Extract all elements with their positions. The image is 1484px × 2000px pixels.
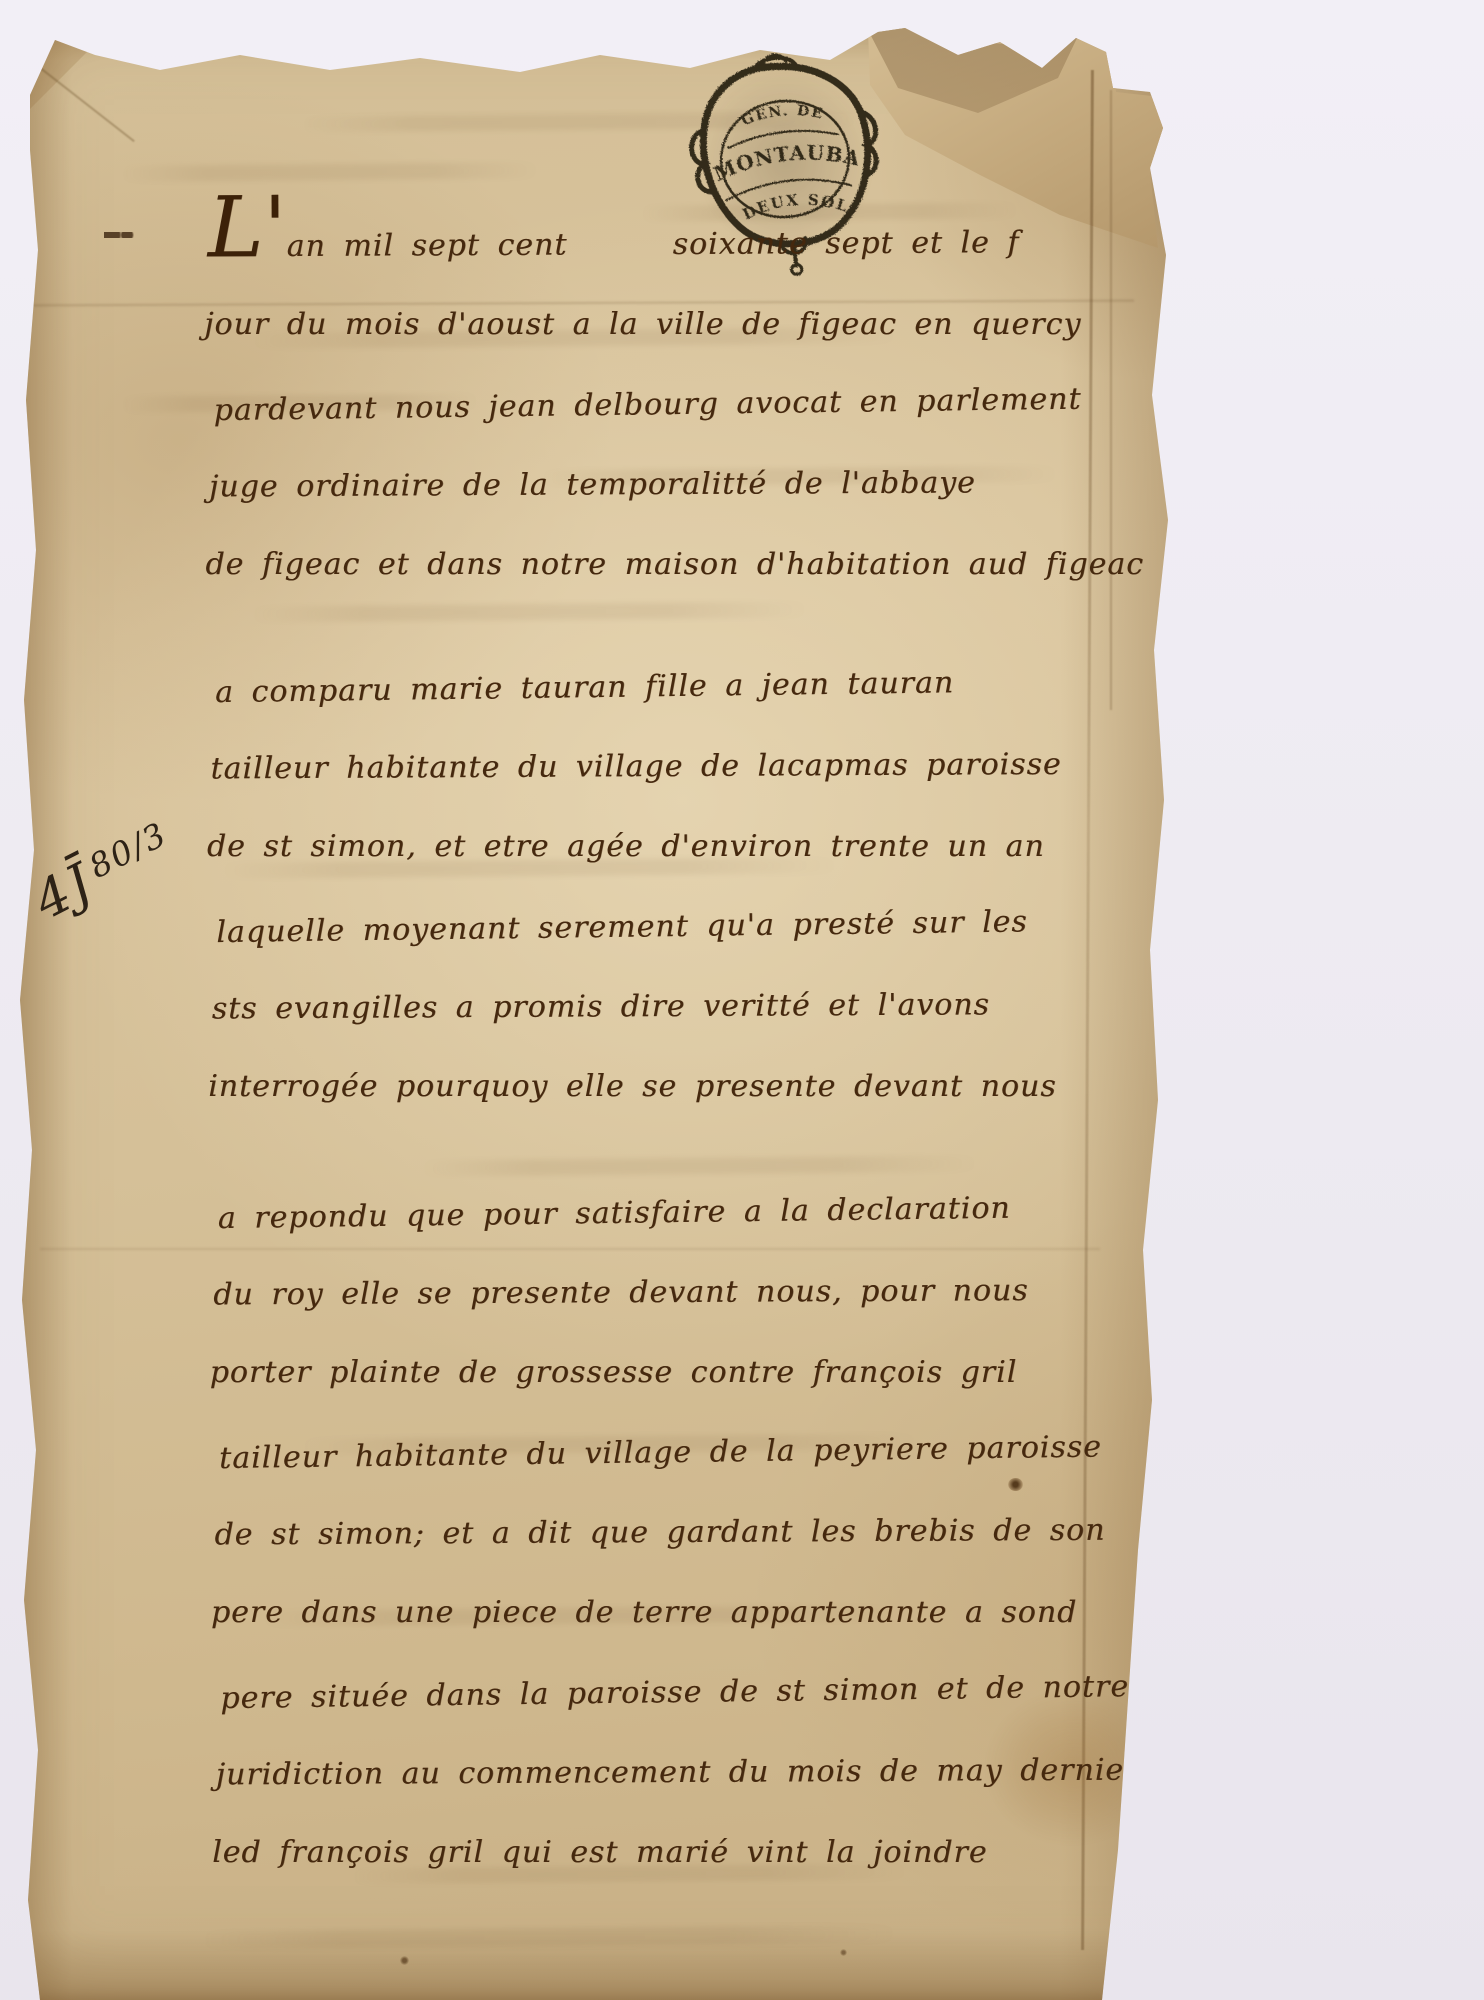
manuscript-line-17: pere dans une piece de terre appartenant…	[211, 1573, 1151, 1653]
manuscript-line-1: L'an mil sept cent soixante sept et le f	[208, 203, 1148, 288]
manuscript-line-19: juridiction au commencement du mois de m…	[216, 1731, 1156, 1816]
scan-background: GEN. DE MONTAUBAN DEUX SOLS 4J̄80/3 L'an…	[0, 0, 1484, 2000]
archival-reference: 4J̄80/3	[25, 812, 182, 932]
manuscript-line-2: jour du mois d'aoust a la ville de figea…	[204, 285, 1144, 365]
ink-spot	[400, 1956, 409, 1965]
manuscript-text: L'an mil sept cent soixante sept et le f…	[208, 203, 1157, 1896]
manuscript-line-13: du roy elle se presente devant nous, pou…	[213, 1251, 1153, 1336]
manuscript-page: GEN. DE MONTAUBAN DEUX SOLS 4J̄80/3 L'an…	[0, 0, 1484, 2000]
manuscript-line-20: led françois gril qui est marié vint la …	[212, 1813, 1152, 1893]
manuscript-line-11: interrogée pourquoy elle se presente dev…	[208, 1047, 1148, 1127]
paper-edge-shading-bottom	[0, 1930, 1484, 2000]
manuscript-line-4: juge ordinaire de la temporalitté de l'a…	[209, 443, 1149, 528]
manuscript-line-6: a comparu marie tauran fille a jean taur…	[215, 641, 1156, 733]
manuscript-line-3: pardevant nous jean delbourg avocat en p…	[213, 359, 1154, 451]
stamp-text-top: GEN. DE	[739, 99, 827, 131]
manuscript-line-10: sts evangilles a promis dire veritté et …	[212, 965, 1152, 1050]
bleedthrough-smudge	[200, 1925, 900, 1949]
diagonal-crease-top-left	[15, 48, 134, 142]
ink-dashes	[104, 232, 146, 238]
manuscript-line-8: de st simon, et etre agée d'environ tren…	[207, 807, 1147, 887]
ink-spot	[840, 1949, 847, 1956]
svg-text:GEN. DE: GEN. DE	[739, 99, 827, 131]
manuscript-line-16: de st simon; et a dit que gardant les br…	[214, 1491, 1154, 1576]
manuscript-line-18: pere située dans la paroisse de st simon…	[220, 1647, 1161, 1739]
bleedthrough-smudge	[120, 162, 540, 182]
archival-number: 80/3	[83, 814, 174, 886]
corner-fold-top-left	[16, 28, 111, 123]
paper-edge-shading-left	[0, 0, 72, 2000]
paper-edge-shading-top	[0, 0, 1484, 60]
manuscript-line-12: a repondu que pour satisfaire a la decla…	[217, 1167, 1158, 1259]
manuscript-line-7: tailleur habitante du village de lacapma…	[210, 725, 1150, 810]
manuscript-line-5: de figeac et dans notre maison d'habitat…	[205, 525, 1145, 605]
manuscript-line-9: laquelle moyenant serement qu'a presté s…	[216, 881, 1157, 973]
manuscript-line-14: porter plainte de grossesse contre franç…	[210, 1333, 1150, 1413]
manuscript-line-15: tailleur habitante du village de la peyr…	[219, 1407, 1160, 1499]
